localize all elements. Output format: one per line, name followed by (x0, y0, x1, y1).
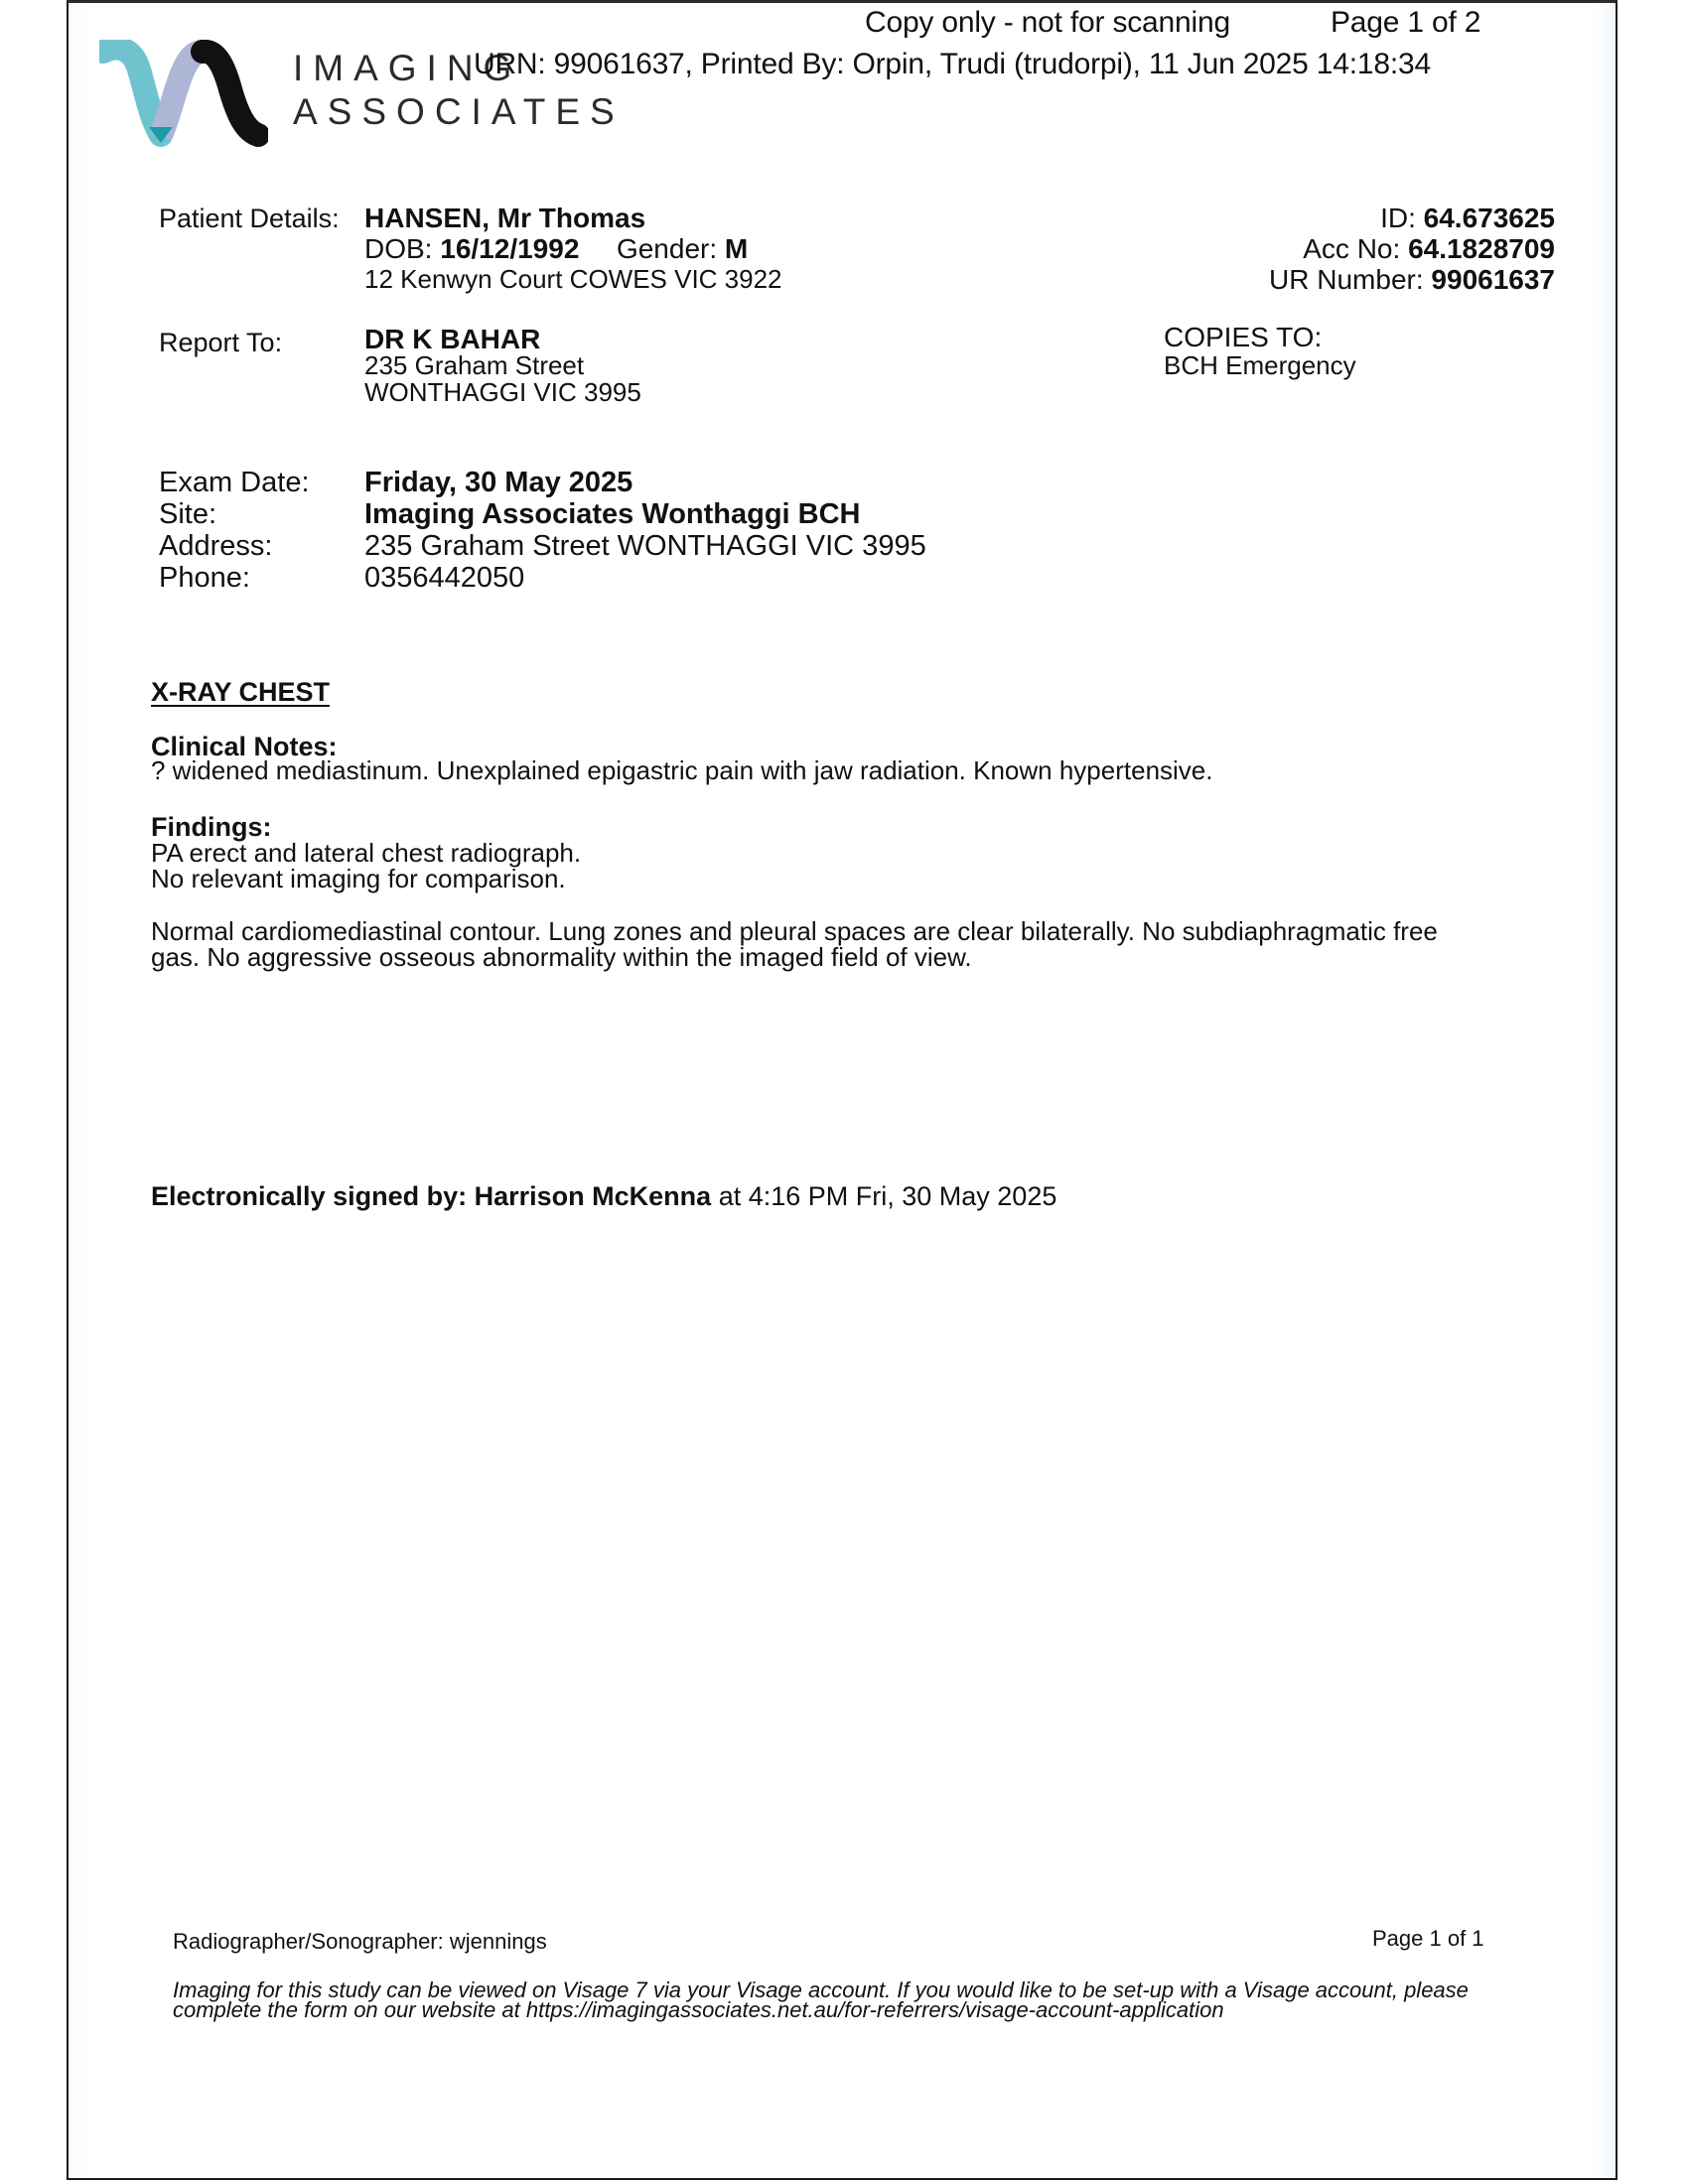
report-page (67, 0, 1618, 2180)
findings-line: No relevant imaging for comparison. (151, 866, 566, 891)
gender-label: Gender: (617, 233, 717, 264)
exam-title: X-RAY CHEST (151, 677, 330, 708)
exam-address: 235 Graham Street WONTHAGGI VIC 3995 (364, 530, 926, 562)
exam-date-label: Exam Date: (159, 467, 310, 498)
urn-print-line: URN: 99061637, Printed By: Orpin, Trudi … (474, 48, 1431, 81)
findings-line: Normal cardiomediastinal contour. Lung z… (151, 918, 1438, 944)
exam-values: Friday, 30 May 2025 Imaging Associates W… (364, 467, 926, 594)
findings-line: gas. No aggressive osseous abnormality w… (151, 944, 972, 970)
patient-details-label: Patient Details: (159, 204, 340, 234)
report-to: DR K BAHAR 235 Graham Street WONTHAGGI V… (364, 326, 641, 406)
patient-name: HANSEN, Mr Thomas (364, 203, 782, 233)
report-to-label: Report To: (159, 328, 282, 358)
ur-value: 99061637 (1431, 264, 1555, 295)
site-label: Site: (159, 498, 310, 530)
clinical-notes: ? widened mediastinum. Unexplained epiga… (151, 757, 1213, 783)
acc-label: Acc No: (1303, 233, 1400, 264)
exam-labels: Exam Date: Site: Address: Phone: (159, 467, 310, 594)
dob-label: DOB: (364, 233, 432, 264)
signature-timestamp: at 4:16 PM Fri, 30 May 2025 (719, 1181, 1057, 1211)
exam-date: Friday, 30 May 2025 (364, 467, 926, 498)
copies-to-recipient: BCH Emergency (1164, 351, 1356, 379)
address-label: Address: (159, 530, 310, 562)
electronic-signature: Electronically signed by: Harrison McKen… (151, 1181, 1056, 1212)
exam-site: Imaging Associates Wonthaggi BCH (364, 498, 926, 530)
copies-to: COPIES TO: BCH Emergency (1164, 324, 1356, 379)
id-label: ID: (1380, 203, 1416, 233)
copies-to-label: COPIES TO: (1164, 324, 1356, 351)
findings-line: PA erect and lateral chest radiograph. (151, 840, 581, 866)
ur-label: UR Number: (1269, 264, 1424, 295)
logo-wordmark-associates: ASSOCIATES (293, 91, 625, 133)
wave-logo-icon (99, 40, 268, 147)
patient-id: ID: 64.673625 (1269, 203, 1555, 233)
referrer-name: DR K BAHAR (364, 326, 641, 352)
referrer-address-line2: WONTHAGGI VIC 3995 (364, 379, 641, 406)
dob-value: 16/12/1992 (440, 233, 579, 264)
patient-address: 12 Kenwyn Court COWES VIC 3922 (364, 264, 782, 295)
acc-value: 64.1828709 (1408, 233, 1555, 264)
referrer-address-line1: 235 Graham Street (364, 352, 641, 379)
radiographer: Radiographer/Sonographer: wjennings (173, 1929, 547, 1955)
signer-name: Harrison McKenna (475, 1181, 712, 1211)
visage-access-note: Imaging for this study can be viewed on … (173, 1980, 1483, 2020)
phone-label: Phone: (159, 562, 310, 594)
identifiers: ID: 64.673625 Acc No: 64.1828709 UR Numb… (1269, 203, 1555, 295)
id-value: 64.673625 (1424, 203, 1555, 233)
patient-details: HANSEN, Mr Thomas DOB: 16/12/1992 Gender… (364, 203, 782, 295)
ur-number: UR Number: 99061637 (1269, 264, 1555, 295)
accession-number: Acc No: 64.1828709 (1269, 233, 1555, 264)
exam-phone: 0356442050 (364, 562, 926, 594)
signature-prefix: Electronically signed by: (151, 1181, 467, 1211)
gender-value: M (725, 233, 748, 264)
patient-dob-gender: DOB: 16/12/1992 Gender: M (364, 233, 782, 264)
print-page-indicator: Page 1 of 2 (1331, 6, 1480, 40)
copy-only-notice: Copy only - not for scanning (865, 6, 1230, 40)
footer-page-indicator: Page 1 of 1 (1372, 1926, 1484, 1952)
